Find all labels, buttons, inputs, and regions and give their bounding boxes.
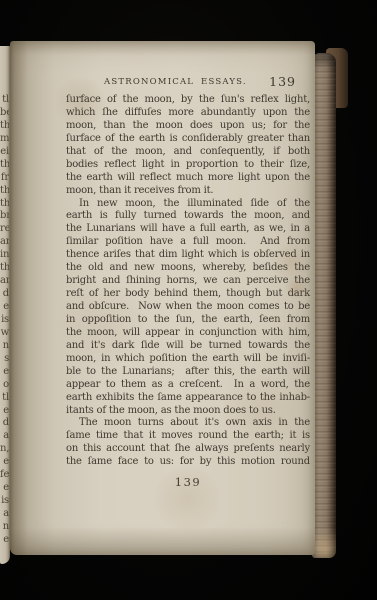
fragment-line: n bbox=[0, 521, 9, 534]
text-line: ſimilar poſition have a full moon. And f… bbox=[66, 236, 310, 249]
fragment-line: a bbox=[0, 430, 9, 443]
text-line: ſurface of the moon, by the ſun's reflex… bbox=[66, 94, 310, 107]
text-line: moon, in which poſition the earth will b… bbox=[66, 353, 310, 366]
body-text: ſurface of the moon, by the ſun's reflex… bbox=[66, 94, 310, 469]
fragment-line: m bbox=[0, 133, 9, 146]
photo-background: tlbethmeithfrththbrrearinthardeiswnseotl… bbox=[0, 0, 377, 600]
fragment-line: th bbox=[0, 198, 9, 211]
text-line: the ſame face to us: for by this motion … bbox=[66, 456, 310, 469]
header-page-number: 139 bbox=[269, 74, 296, 89]
fragment-line: br bbox=[0, 210, 9, 223]
fragment-line: is bbox=[0, 495, 9, 508]
fragment-line: ar bbox=[0, 275, 9, 288]
text-line: The moon turns about it's own axis in th… bbox=[66, 417, 310, 430]
fragment-line: d bbox=[0, 288, 9, 301]
fragment-line: e bbox=[0, 482, 9, 495]
running-header: ASTRONOMICAL ESSAYS. 139 bbox=[66, 74, 310, 90]
text-line: earth exhibits the ſame appearance to th… bbox=[66, 392, 310, 405]
text-line: the moon, will appear in conjunction wit… bbox=[66, 327, 310, 340]
fragment-line: fr bbox=[0, 172, 9, 185]
text-line: bright and ſhining horns, we can perceiv… bbox=[66, 275, 310, 288]
fragment-line: a bbox=[0, 508, 9, 521]
fragment-line: o bbox=[0, 379, 9, 392]
text-line: moon, than it receives from it. bbox=[66, 185, 310, 198]
facing-page-text-fragments: tlbethmeithfrththbrrearinthardeiswnseotl… bbox=[0, 94, 9, 554]
book-fore-edge bbox=[312, 53, 336, 558]
fragment-line: w bbox=[0, 327, 9, 340]
text-line: on this account that ſhe always preſents… bbox=[66, 443, 310, 456]
fragment-line: tl bbox=[0, 94, 9, 107]
fragment-line: ei bbox=[0, 146, 9, 159]
fragment-line: th bbox=[0, 159, 9, 172]
fragment-line: e bbox=[0, 534, 9, 547]
text-line: the Lunarians will have a full earth, as… bbox=[66, 223, 310, 236]
text-line: which ſhe diffuſes more abundantly upon … bbox=[66, 107, 310, 120]
text-line: In new moon, the illuminated ſide of the bbox=[66, 198, 310, 211]
text-line: that of the moon, and conſequently, if b… bbox=[66, 146, 310, 159]
text-line: thence ariſes that dim light which is ob… bbox=[66, 249, 310, 262]
fragment-line: is bbox=[0, 314, 9, 327]
text-line: reſt of her body behind them, though but… bbox=[66, 288, 310, 301]
fragment-line: s bbox=[0, 353, 9, 366]
fragment-line: tl bbox=[0, 392, 9, 405]
text-line: bodies reflect light in proportion to th… bbox=[66, 159, 310, 172]
book-page: ASTRONOMICAL ESSAYS. 139 ſurface of the … bbox=[10, 41, 315, 555]
fragment-line: d bbox=[0, 417, 9, 430]
facing-page-edge: tlbethmeithfrththbrrearinthardeiswnseotl… bbox=[0, 46, 10, 564]
header-title: ASTRONOMICAL ESSAYS. bbox=[104, 77, 247, 87]
text-line: the old and new moons, whereby, beſides … bbox=[66, 262, 310, 275]
text-line: ſurface of the earth is conſiderably gre… bbox=[66, 133, 310, 146]
fragment-line: e bbox=[0, 366, 9, 379]
fragment-line: e bbox=[0, 456, 9, 469]
fragment-line: e bbox=[0, 405, 9, 418]
fragment-line: ar bbox=[0, 236, 9, 249]
fragment-line: th bbox=[0, 262, 9, 275]
text-line: ſame time that it moves round the earth;… bbox=[66, 430, 310, 443]
footer-page-number: 139 bbox=[66, 475, 310, 489]
fragment-line: re bbox=[0, 223, 9, 236]
fragment-line: in bbox=[0, 249, 9, 262]
text-line: and obſcure. Now when the moon comes to … bbox=[66, 301, 310, 314]
fragment-line: e bbox=[0, 301, 9, 314]
text-line: earth is fully turned towards the moon, … bbox=[66, 210, 310, 223]
text-line: the earth will reflect much more light u… bbox=[66, 172, 310, 185]
fragment-line: th bbox=[0, 120, 9, 133]
text-line: and it's dark ſide will be turned toward… bbox=[66, 340, 310, 353]
text-line: appear to them as a creſcent. In a word,… bbox=[66, 379, 310, 392]
text-line: ble to the Lunarians; after this, the ea… bbox=[66, 366, 310, 379]
text-line: in oppoſition to the ſun, the earth, ſee… bbox=[66, 314, 310, 327]
fragment-line: be bbox=[0, 107, 9, 120]
fragment-line: th bbox=[0, 185, 9, 198]
fragment-line: n bbox=[0, 340, 9, 353]
text-line: moon, than the moon does upon us; for th… bbox=[66, 120, 310, 133]
text-line: itants of the moon, as the moon does to … bbox=[66, 405, 310, 418]
fragment-line: fe bbox=[0, 469, 9, 482]
fragment-line: n, bbox=[0, 443, 9, 456]
